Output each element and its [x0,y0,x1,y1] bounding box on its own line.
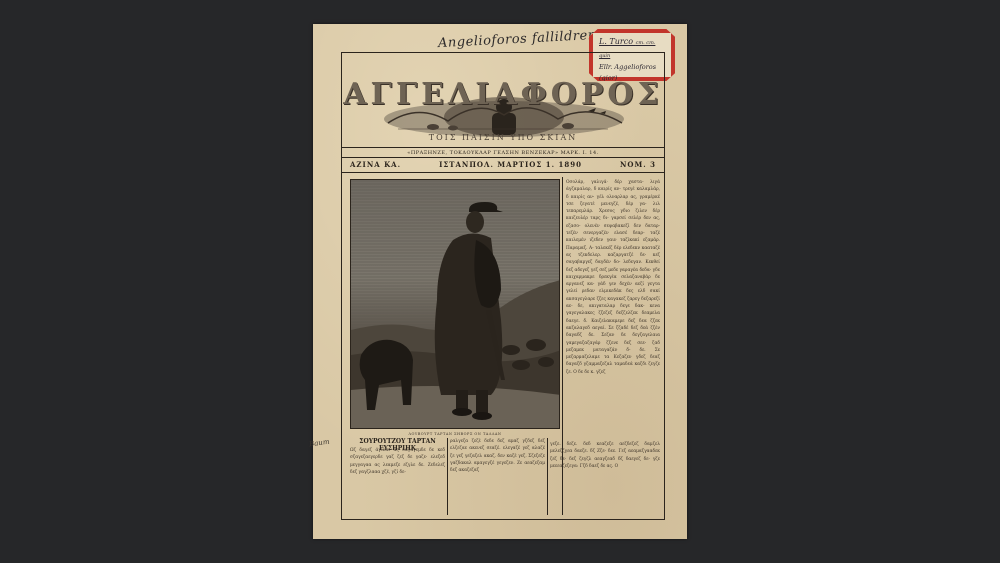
issue-date: ΙΣΤΑΝΠΟΛ. ΜΑΡΤΙΟΣ 1. 1890 [439,160,582,169]
article-column-2: ραλγεζα ζεζέ δεδε δεζ αμαζ γζδεζ δεζ ελζ… [450,438,545,515]
handwritten-title: Angelioforos fallildren [438,28,597,51]
bagpiper-engraving [351,180,560,429]
margin-note: Baum [309,438,330,449]
dateline: ΑΖΙΝΑ ΚΑ. ΙΣΤΑΝΠΟΛ. ΜΑΡΤΙΟΣ 1. 1890 ΝΟΜ.… [350,160,656,169]
masthead-title: ΑΓΓΕΛΙΑΦΟΡΟΣ [342,77,664,112]
epigraph: «ΠΡΑΞΗΝΖΕ, ΤΟΚΔΟΥΚΛΑΡ ΓΕΛΣΗΝ ΒΕΝΖΕΚΑΡ» Μ… [342,150,664,156]
masthead-motto: ΤΟΙΣ ΠΑΙΣΙΝ ΥΠΟ ΣΚΙΑΝ [342,133,664,142]
engraving-illustration [350,179,560,429]
masthead: ΑΓΓΕΛΙΑΦΟΡΟΣ ΤΟΙΣ ΠΑΙΣΙΝ ΥΠΟ ΣΚΙΑΝ [342,53,664,148]
issue-number: ΝΟΜ. 3 [620,160,656,169]
page-frame: ΑΓΓΕΛΙΑΦΟΡΟΣ ΤΟΙΣ ΠΑΙΣΙΝ ΥΠΟ ΣΚΙΑΝ «ΠΡΑΞ… [341,52,665,520]
column-rule [547,438,548,515]
column-rule [447,438,448,515]
divider-rule [342,172,664,173]
archive-label-line1: L. Turco [599,37,633,46]
illustration-caption: ΛΟΥΒΟΥΡΤ ΤΑΡΤΑΝ ΣΗΒΟΡΣ ΟΝ ΤΑΛΛΑΝ [350,432,560,436]
newspaper-page: Angelioforos fallildren L. Turco cm. cm.… [313,24,687,539]
article-column-3: γεζε. δεζε. δεδ κεαζεζε αεζδεζεζ δαμζελ … [550,441,660,515]
divider-rule [342,157,664,158]
issue-volume: ΑΖΙΝΑ ΚΑ. [350,160,401,169]
divider-rule [342,147,664,148]
article-column-1: Ωζ δαγεζ άγιλαι ας δαγαγεμδε δε κεδ σζαγ… [350,447,445,515]
